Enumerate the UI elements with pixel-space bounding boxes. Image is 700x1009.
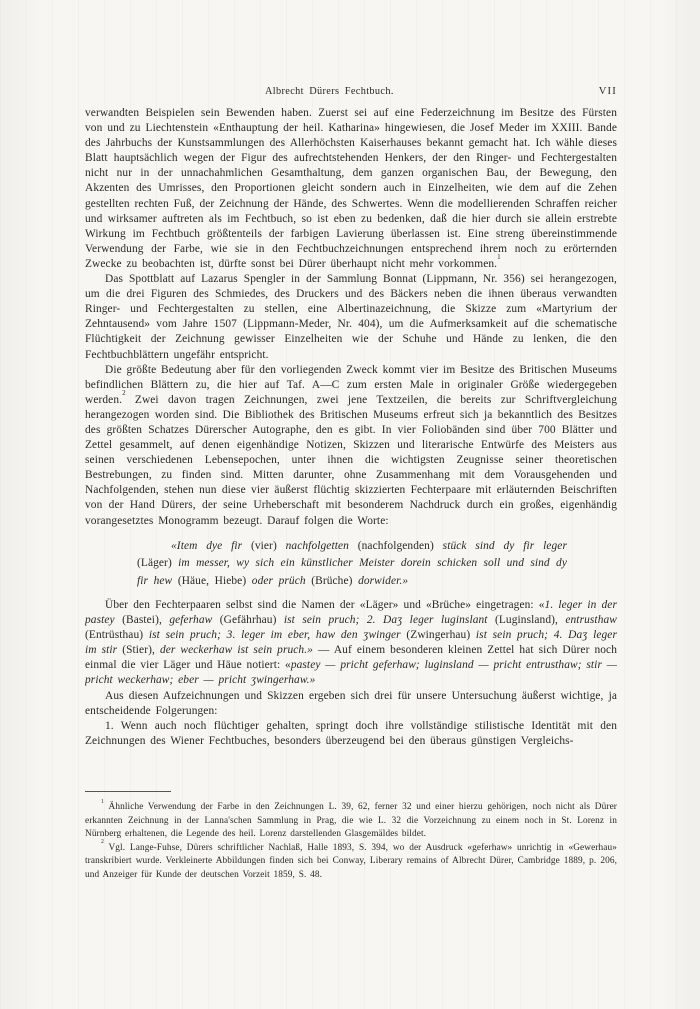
text-run: stück sind dy fir leger — [443, 540, 567, 552]
paragraph: verwandten Beispielen sein Bewenden habe… — [85, 106, 617, 272]
text-run: oder prüch — [252, 575, 311, 587]
text-run: Aus diesen Aufzeichnungen und Skizzen er… — [85, 690, 617, 717]
paragraph: Aus diesen Aufzeichnungen und Skizzen er… — [85, 689, 617, 719]
paragraph: Über den Fechterpaaren selbst sind die N… — [85, 598, 617, 689]
footnotes-section: 1 Ähnliche Verwendung der Farbe in den Z… — [85, 791, 617, 883]
page-number: VII — [599, 86, 617, 97]
footnotes-list: 1 Ähnliche Verwendung der Farbe in den Z… — [85, 801, 617, 883]
footnote-marker: 1 — [101, 799, 104, 805]
text-run: (Entrüsthau) — [85, 629, 149, 641]
text-run: (Brüche) — [311, 575, 358, 587]
text-column: verwandten Beispielen sein Bewenden habe… — [85, 106, 617, 792]
footnote-marker: 2 — [122, 389, 126, 397]
text-run: Vgl. Lange-Fuhse, Dürers schriftlicher N… — [85, 843, 617, 880]
paragraph: Das Spottblatt auf Lazarus Spengler in d… — [85, 272, 617, 363]
text-run: verwandten Beispielen sein Bewenden habe… — [85, 107, 617, 270]
paragraph: 1. Wenn auch noch flüchtiger gehalten, s… — [85, 719, 617, 749]
text-run: Über den Fechterpaaren selbst sind die N… — [105, 599, 545, 611]
text-run: (Gefährhau) — [220, 614, 284, 626]
text-run: Das Spottblatt auf Lazarus Spengler in d… — [85, 273, 617, 360]
book-page: Albrecht Dürers Fechtbuch. VII verwandte… — [0, 0, 700, 1009]
text-run: ist sein pruch; 2. Daʒ leger luginslant — [284, 614, 495, 626]
text-run: (Zwingerhau) — [406, 629, 476, 641]
text-run: Zwei davon tragen Zeichnungen, zwei jene… — [85, 394, 617, 527]
text-run: (nachfolgenden) — [358, 540, 443, 552]
text-run: nachfolgetten — [286, 540, 358, 552]
text-run: 1. Wenn auch noch flüchtiger gehalten, s… — [85, 720, 617, 747]
paragraph: Die größte Bedeutung aber für den vorlie… — [85, 363, 617, 529]
text-run: (Stier), — [122, 644, 160, 656]
text-run: (Bastei), — [122, 614, 169, 626]
footnote: 2 Vgl. Lange-Fuhse, Dürers schriftlicher… — [85, 842, 617, 883]
text-run: geferhaw — [169, 614, 219, 626]
footnote: 1 Ähnliche Verwendung der Farbe in den Z… — [85, 801, 617, 842]
text-run: ist sein pruch; 3. leger im eber, haw de… — [149, 629, 407, 641]
text-run: (Luginsland), — [495, 614, 565, 626]
text-run: der weckerhaw ist sein pruch.» — [160, 644, 313, 656]
running-head: Albrecht Dürers Fechtbuch. VII — [85, 86, 617, 101]
text-run: (vier) — [251, 540, 286, 552]
text-run: entrusthaw — [565, 614, 617, 626]
quote-block: «Item dye fir (vier) nachfolgetten (nach… — [137, 538, 567, 591]
text-run: dorwider.» — [358, 575, 408, 587]
page-title: Albrecht Dürers Fechtbuch. — [265, 86, 394, 97]
footnote-rule — [85, 791, 171, 792]
text-run: Ähnliche Verwendung der Farbe in den Zei… — [85, 802, 617, 839]
text-run: (Läger) — [137, 557, 178, 569]
footnote-marker: 1 — [497, 253, 501, 261]
text-run: (Häue, Hiebe) — [178, 575, 252, 587]
footnote-marker: 2 — [101, 839, 104, 845]
text-run: «Item dye fir — [171, 540, 251, 552]
